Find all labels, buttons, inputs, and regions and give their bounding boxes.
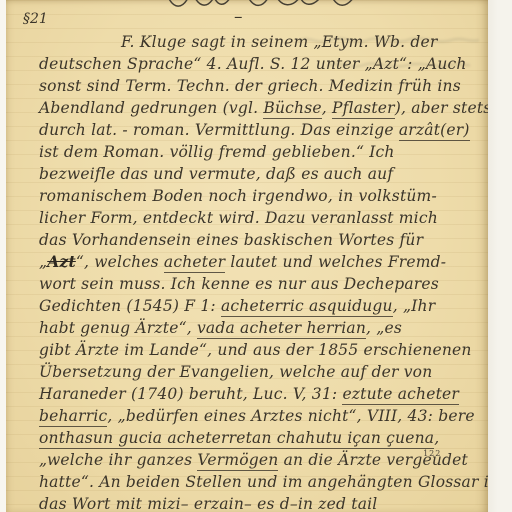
- manuscript-line: Haraneder (1740) beruht, Luc. V, 31: ezt…: [39, 383, 489, 405]
- manuscript-line: das Vorhandensein eines baskischen Worte…: [39, 229, 489, 251]
- overwritten-word: Azt: [47, 252, 76, 271]
- text-segment: habt genug Ärzte“,: [39, 319, 197, 337]
- underlined-word: vada acheter herrian: [197, 319, 366, 339]
- word-with-correction-mark: vergeudet122: [386, 451, 468, 469]
- manuscript-line: habt genug Ärzte“, vada acheter herrian,…: [39, 317, 489, 339]
- text-segment: deutschen Sprache“ 4. Aufl. S. 12 unter …: [39, 55, 467, 73]
- manuscript-paper: §21 – F. Kluge sagt in seinem „Etym. Wb.…: [6, 0, 489, 512]
- text-segment: gibt Ärzte im Lande“, und aus der 1855 e…: [39, 341, 472, 359]
- manuscript-line: F. Kluge sagt in seinem „Etym. Wb. der: [39, 31, 489, 53]
- manuscript-scan: §21 – F. Kluge sagt in seinem „Etym. Wb.…: [0, 0, 512, 512]
- text-segment: sonst sind Term. Techn. der griech. Medi…: [39, 77, 461, 95]
- section-marker: §21: [23, 11, 48, 27]
- manuscript-line: romanischem Boden noch irgendwo, in volk…: [39, 185, 489, 207]
- manuscript-line: licher Form, entdeckt wird. Dazu veranla…: [39, 207, 489, 229]
- text-segment: ,: [322, 99, 332, 117]
- manuscript-line: Abendland gedrungen (vgl. Büchse, Pflast…: [39, 97, 489, 119]
- text-segment: ), aber stets: [395, 99, 492, 117]
- clipped-top-line-strokes: [164, 0, 364, 9]
- text-segment: , „es: [366, 319, 402, 337]
- manuscript-line: wort sein muss. Ich kenne es nur aus Dec…: [39, 273, 489, 295]
- manuscript-line: gibt Ärzte im Lande“, und aus der 1855 e…: [39, 339, 489, 361]
- underlined-word: Pflaster: [332, 99, 395, 119]
- manuscript-line: bezweifle das und vermute, daß es auch a…: [39, 163, 489, 185]
- underlined-word: eztute acheter: [342, 385, 459, 405]
- text-segment: an die Ärzte: [278, 451, 386, 469]
- manuscript-line: Übersetzung der Evangelien, welche auf d…: [39, 361, 489, 383]
- manuscript-line: deutschen Sprache“ 4. Aufl. S. 12 unter …: [39, 53, 489, 75]
- text-segment: “, welches: [76, 253, 164, 271]
- text-segment: lautet und welches Fremd-: [225, 253, 446, 271]
- manuscript-line: „welche ihr ganzes Vermögen an die Ärzte…: [39, 449, 489, 471]
- underlined-word: onthasun gucia acheterretan chahutu içan…: [39, 429, 434, 449]
- text-segment: Gedichten (1545) F 1:: [39, 297, 221, 315]
- manuscript-line: ist dem Roman. völlig fremd geblieben.“ …: [39, 141, 489, 163]
- manuscript-line: durch lat. - roman. Vermittlung. Das ein…: [39, 119, 489, 141]
- text-segment: hatte“. An beiden Stellen und im angehän…: [39, 473, 503, 491]
- text-segment: Abendland gedrungen (vgl.: [39, 99, 263, 117]
- manuscript-line: Gedichten (1545) F 1: acheterric asquidu…: [39, 295, 489, 317]
- text-segment: , „Ihr: [393, 297, 436, 315]
- text-segment: Übersetzung der Evangelien, welche auf d…: [39, 363, 432, 381]
- text-segment: „welche ihr ganzes: [39, 451, 197, 469]
- text-segment: ist dem Roman. völlig fremd geblieben.“ …: [39, 143, 395, 161]
- manuscript-line: „Azt“, welches acheter lautet und welche…: [39, 251, 489, 273]
- text-segment: wort sein muss. Ich kenne es nur aus Dec…: [39, 275, 439, 293]
- manuscript-line: onthasun gucia acheterretan chahutu içan…: [39, 427, 489, 449]
- manuscript-text: F. Kluge sagt in seinem „Etym. Wb. derde…: [39, 31, 489, 512]
- correction-mark: 122: [423, 443, 441, 465]
- text-segment: Haraneder (1740) beruht, Luc. V, 31:: [39, 385, 342, 403]
- underlined-word: acheterric asquidugu: [221, 297, 393, 317]
- underlined-word: Vermögen: [197, 451, 278, 471]
- text-segment: licher Form, entdeckt wird. Dazu veranla…: [39, 209, 438, 227]
- text-segment: bezweifle das und vermute, daß es auch a…: [39, 165, 393, 183]
- text-segment: durch lat. - roman. Vermittlung. Das ein…: [39, 121, 399, 139]
- manuscript-line: das Wort mit mizi– erzain– es d–in zed t…: [39, 493, 489, 512]
- manuscript-line: sonst sind Term. Techn. der griech. Medi…: [39, 75, 489, 97]
- underlined-word: beharric: [39, 407, 107, 427]
- manuscript-line: beharric, „bedürfen eines Arztes nicht“,…: [39, 405, 489, 427]
- text-segment: „: [39, 253, 47, 271]
- underlined-word: arzât(er): [399, 121, 470, 141]
- separator-dash: –: [234, 7, 243, 27]
- manuscript-line: hatte“. An beiden Stellen und im angehän…: [39, 471, 489, 493]
- text-segment: F. Kluge sagt in seinem „Etym. Wb. der: [121, 33, 437, 51]
- text-segment: romanischem Boden noch irgendwo, in volk…: [39, 187, 437, 205]
- underlined-word: acheter: [164, 253, 225, 273]
- underlined-word: Büchse: [263, 99, 321, 119]
- background-strip: [488, 0, 512, 512]
- text-segment: , „bedürfen eines Arztes nicht“, VIII, 4…: [107, 407, 474, 425]
- text-segment: das Wort mit mizi– erzain– es d–in zed t…: [39, 495, 377, 512]
- text-segment: das Vorhandensein eines baskischen Worte…: [39, 231, 423, 249]
